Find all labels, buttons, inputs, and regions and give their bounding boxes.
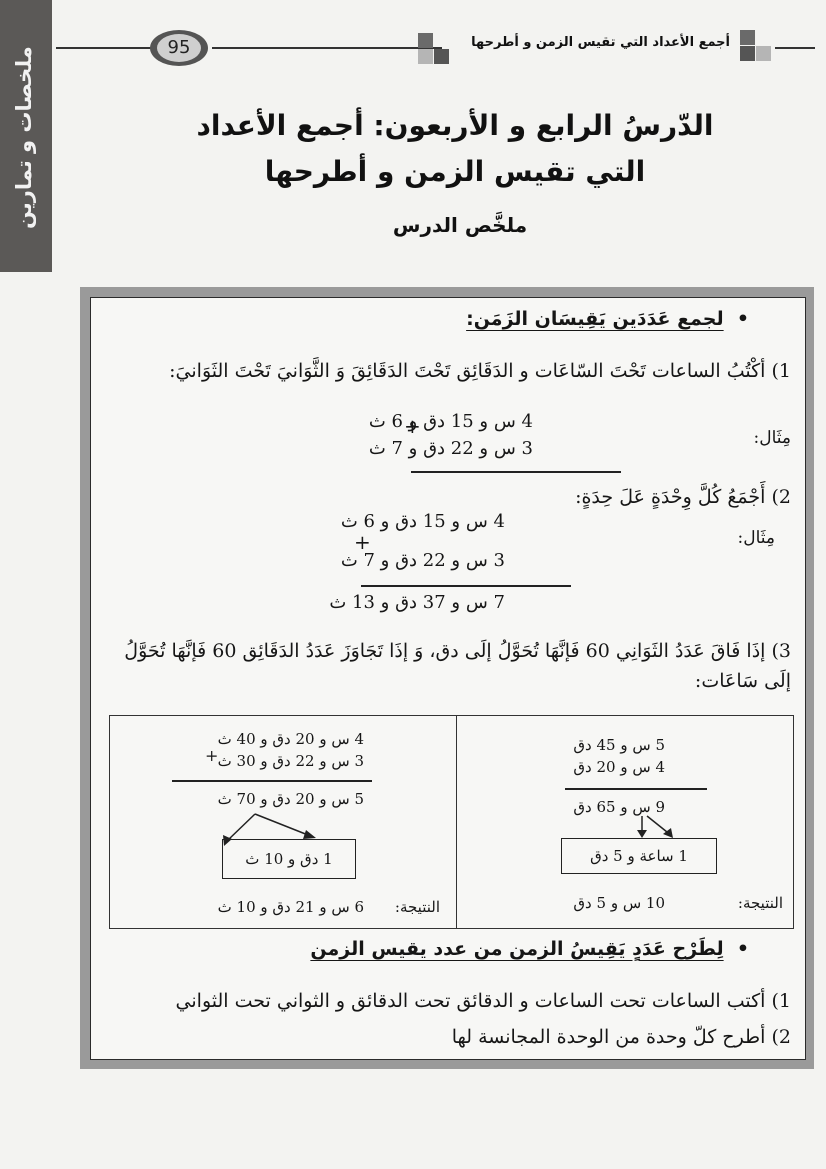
subtraction-heading-text: لِطَرْح عَدَدٍ يَقِيسُ الزمن من عدد يقيس… — [310, 938, 723, 960]
lesson-title-line2: التي تقيس الزمن و أطرحها — [190, 149, 720, 195]
sum-line — [411, 471, 621, 473]
ex2-line1: 4 س و 15 دق و 6 ث — [341, 511, 505, 532]
left-ex-result: 6 س و 21 دق و 10 ث — [218, 898, 364, 916]
right-ex-result: 10 س و 5 دق — [573, 894, 665, 912]
header-rule — [775, 47, 815, 49]
subtraction-step-2: 2) أطرح كلّ وحدة من الوحدة المجانسة لها — [452, 1026, 791, 1048]
addition-step-3: 3) إذَا فَاقَ عَدَدُ الثَوَانِي 60 فَإنَ… — [101, 636, 791, 696]
example-label: مِثَال: — [738, 528, 776, 548]
plus-sign: + — [404, 414, 421, 438]
ex1-line1: 4 س و 15 دق و 6 ث — [369, 411, 533, 432]
subtraction-step-1: 1) أكتب الساعات تحت الساعات و الدقائق تح… — [176, 990, 791, 1012]
page-number: 95 — [157, 34, 201, 62]
side-tab-label: ملخصات و تمارين — [12, 30, 36, 245]
result-label: النتيجة: — [738, 894, 783, 912]
summary-title: ملخَّص الدرس — [200, 213, 720, 237]
running-title: أجمع الأعداد التي تقيس الزمن و أطرحها — [440, 35, 730, 50]
ex2-line2: 3 س و 22 دق و 7 ث — [341, 550, 505, 571]
example-box-seconds: 4 س و 20 دق و 40 ث + 3 س و 22 دق و 30 ث … — [109, 715, 457, 929]
header-rule — [56, 47, 151, 49]
summary-box: • لجمع عَدَدَين يَقِيسَان الزَمَن: 1) أك… — [90, 297, 806, 1060]
ex2-result: 7 س و 37 دق و 13 ث — [329, 592, 505, 613]
lesson-title: الدّرسُ الرابع و الأربعون: أجمع الأعداد … — [190, 103, 720, 195]
addition-heading: • لجمع عَدَدَين يَقِيسَان الزَمَن: — [466, 308, 749, 330]
header-rule — [212, 47, 442, 49]
example-box-minutes: 5 س و 45 دق 4 س و 20 دق 9 س و 65 دق 1 سا… — [456, 715, 794, 929]
decor-squares-icon — [740, 30, 772, 62]
ex1-line2: 3 س و 22 دق و 7 ث — [369, 438, 533, 459]
bullet: • — [724, 308, 749, 330]
conversion-box: 1 دق و 10 ث — [222, 839, 356, 879]
subtraction-heading: • لِطَرْح عَدَدٍ يَقِيسُ الزمن من عدد يق… — [310, 938, 749, 960]
bullet: • — [724, 938, 749, 960]
result-label: النتيجة: — [395, 898, 440, 916]
sum-line — [361, 585, 571, 587]
conversion-box: 1 ساعة و 5 دق — [561, 838, 717, 874]
page-number-badge: 95 — [150, 30, 208, 66]
example-label: مِثَال: — [754, 428, 792, 448]
addition-step-1: 1) أكْتُبُ الساعات تَحْتَ السّاعَات و ال… — [101, 360, 791, 382]
addition-step-2: 2) أَجْمَعُ كُلَّ وِحْدَةٍ عَلَ حِدَةٍ: — [575, 486, 791, 508]
addition-heading-text: لجمع عَدَدَين يَقِيسَان الزَمَن: — [466, 308, 724, 330]
lesson-title-line1: الدّرسُ الرابع و الأربعون: أجمع الأعداد — [190, 103, 720, 149]
side-tab: ملخصات و تمارين — [0, 0, 52, 272]
